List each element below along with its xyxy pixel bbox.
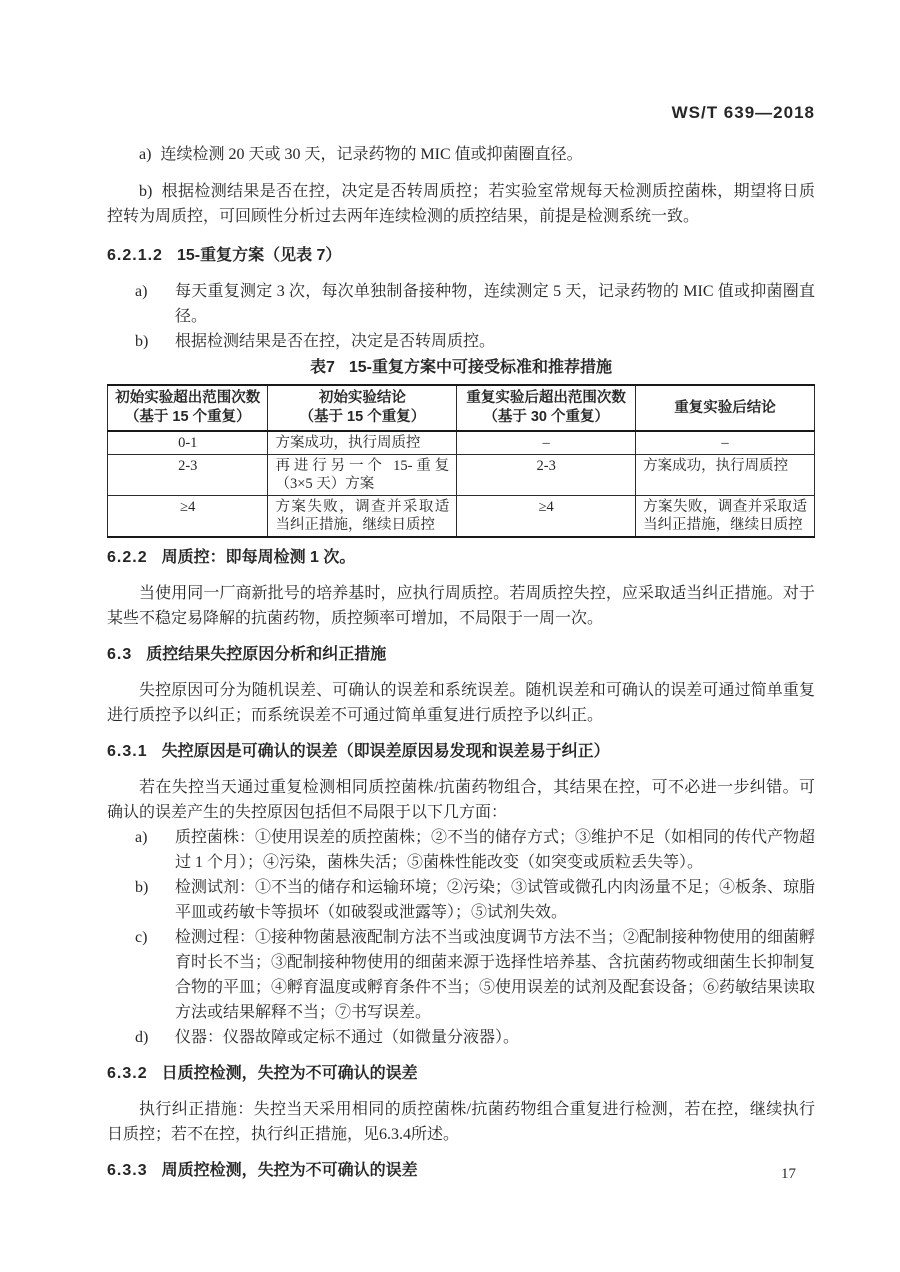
item-text: 每天重复测定 3 次，每次单独制备接种物，连续测定 5 天，记录药物的 MIC … (175, 283, 815, 325)
section-number: 6.3.2 (107, 1065, 148, 1082)
paragraph-6-3: 失控原因可分为随机误差、可确认的误差和系统误差。随机误差和可确认的误差可通过简单… (107, 678, 815, 728)
item-label: b) (139, 183, 152, 200)
table-row: 2-3 再进行另一个 15-重复（3×5 天）方案 2-3 方案成功，执行周质控 (108, 455, 815, 496)
column-header: 初始实验超出范围次数 （基于 15 个重复） (108, 385, 268, 431)
item-label: a) (139, 146, 151, 163)
table-number: 表7 (310, 359, 335, 376)
table-cell: 2-3 (108, 455, 268, 496)
section-heading-6-2-2: 6.2.2周质控：即每周检测 1 次。 (107, 546, 815, 570)
section-title: 质控结果失控原因分析和纠正措施 (146, 646, 386, 663)
table-cell: – (457, 431, 636, 455)
item-text: 检测试剂：①不当的储存和运输环境；②污染；③试管或微孔内肉汤量不足；④板条、琼脂… (175, 879, 815, 921)
table-cell: 0-1 (108, 431, 268, 455)
table-row: ≥4 方案失败，调查并采取适当纠正措施，继续日质控 ≥4 方案失败，调查并采取适… (108, 496, 815, 538)
item-text: 根据检测结果是否在控，决定是否转周质控。 (175, 333, 495, 350)
item-text: 根据检测结果是否在控，决定是否转周质控；若实验室常规每天检测质控菌株，期望将日质… (107, 183, 815, 225)
section-title: 失控原因是可确认的误差（即误差原因易发现和误差易于纠正） (162, 743, 610, 760)
page-number: 17 (781, 1164, 796, 1184)
table-header-row: 初始实验超出范围次数 （基于 15 个重复） 初始实验结论 （基于 15 个重复… (108, 385, 815, 431)
item-label: c) (135, 925, 147, 950)
intro-item-a: a)连续检测 20 天或 30 天，记录药物的 MIC 值或抑菌圈直径。 (107, 142, 815, 167)
section-number: 6.2.1.2 (107, 247, 163, 264)
standard-code: WS/T 639—2018 (107, 100, 815, 125)
item-label: b) (135, 875, 148, 900)
table-cell: – (636, 431, 815, 455)
item-label: d) (135, 1025, 148, 1050)
table-row: 0-1 方案成功，执行周质控 – – (108, 431, 815, 455)
paragraph-6-3-1: 若在失控当天通过重复检测相同质控菌株/抗菌药物组合，其结果在控，可不必进一步纠错… (107, 775, 815, 825)
paragraph-6-2-2: 当使用同一厂商新批号的培养基时，应执行周质控。若周质控失控，应采取适当纠正措施。… (107, 581, 815, 631)
item-text: 检测过程：①接种物菌悬液配制方法不当或浊度调节方法不当；②配制接种物使用的细菌孵… (175, 929, 815, 1021)
section-number: 6.3.3 (107, 1162, 148, 1179)
item-label: a) (135, 825, 147, 850)
column-header: 重复实验后结论 (636, 385, 815, 431)
item-text: 连续检测 20 天或 30 天，记录药物的 MIC 值或抑菌圈直径。 (160, 146, 582, 163)
list-item: a)质控菌株：①使用误差的质控菌株；②不当的储存方式；③维护不足（如相同的传代产… (107, 825, 815, 875)
table-cell: 方案失败，调查并采取适当纠正措施，继续日质控 (636, 496, 815, 538)
section-heading-6-2-1-2: 6.2.1.215-重复方案（见表 7） (107, 244, 815, 268)
section-number: 6.2.2 (107, 549, 148, 566)
page-content: WS/T 639—2018 a)连续检测 20 天或 30 天，记录药物的 MI… (0, 0, 900, 1183)
paragraph-6-3-2: 执行纠正措施：失控当天采用相同的质控菌株/抗菌药物组合重复进行检测，若在控，继续… (107, 1097, 815, 1147)
section-title: 周质控检测，失控为不可确认的误差 (162, 1162, 418, 1179)
table-cell: 2-3 (457, 455, 636, 496)
section-number: 6.3.1 (107, 743, 148, 760)
item-text: 仪器：仪器故障或定标不通过（如微量分液器）。 (175, 1029, 519, 1046)
item-label: b) (135, 329, 148, 354)
section-title: 日质控检测，失控为不可确认的误差 (162, 1065, 418, 1082)
list-6-3-1: a)质控菌株：①使用误差的质控菌株；②不当的储存方式；③维护不足（如相同的传代产… (107, 825, 815, 1050)
table-cell: 方案成功，执行周质控 (636, 455, 815, 496)
item-text: 质控菌株：①使用误差的质控菌株；②不当的储存方式；③维护不足（如相同的传代产物超… (175, 829, 815, 871)
list-item: c)检测过程：①接种物菌悬液配制方法不当或浊度调节方法不当；②配制接种物使用的细… (107, 925, 815, 1025)
intro-item-b: b)根据检测结果是否在控，决定是否转周质控；若实验室常规每天检测质控菌株，期望将… (107, 179, 815, 229)
table-cell: ≥4 (108, 496, 268, 538)
item-label: a) (135, 279, 147, 304)
list-item: a)每天重复测定 3 次，每次单独制备接种物，连续测定 5 天，记录药物的 MI… (107, 279, 815, 329)
column-header: 重复实验后超出范围次数 （基于 30 个重复） (457, 385, 636, 431)
table-cell: ≥4 (457, 496, 636, 538)
table-caption: 表715-重复方案中可接受标准和推荐措施 (107, 356, 815, 380)
document-page: WS/T 639—2018 a)连续检测 20 天或 30 天，记录药物的 MI… (0, 0, 900, 1272)
table-cell: 方案成功，执行周质控 (268, 431, 457, 455)
list-item: d)仪器：仪器故障或定标不通过（如微量分液器）。 (107, 1025, 815, 1050)
section-title: 周质控：即每周检测 1 次。 (162, 549, 356, 566)
list-item: b)检测试剂：①不当的储存和运输环境；②污染；③试管或微孔内肉汤量不足；④板条、… (107, 875, 815, 925)
table-title: 15-重复方案中可接受标准和推荐措施 (349, 359, 612, 376)
section-heading-6-3-1: 6.3.1失控原因是可确认的误差（即误差原因易发现和误差易于纠正） (107, 740, 815, 764)
table-cell: 再进行另一个 15-重复（3×5 天）方案 (268, 455, 457, 496)
table-cell: 方案失败，调查并采取适当纠正措施，继续日质控 (268, 496, 457, 538)
list-item: b)根据检测结果是否在控，决定是否转周质控。 (107, 329, 815, 354)
list-6-2-1-2: a)每天重复测定 3 次，每次单独制备接种物，连续测定 5 天，记录药物的 MI… (107, 279, 815, 354)
table-7: 初始实验超出范围次数 （基于 15 个重复） 初始实验结论 （基于 15 个重复… (107, 384, 815, 538)
section-heading-6-3-3: 6.3.3周质控检测，失控为不可确认的误差 (107, 1159, 815, 1183)
column-header: 初始实验结论 （基于 15 个重复） (268, 385, 457, 431)
section-heading-6-3: 6.3质控结果失控原因分析和纠正措施 (107, 643, 815, 667)
section-heading-6-3-2: 6.3.2日质控检测，失控为不可确认的误差 (107, 1062, 815, 1086)
section-number: 6.3 (107, 646, 132, 663)
section-title: 15-重复方案（见表 7） (177, 247, 341, 264)
